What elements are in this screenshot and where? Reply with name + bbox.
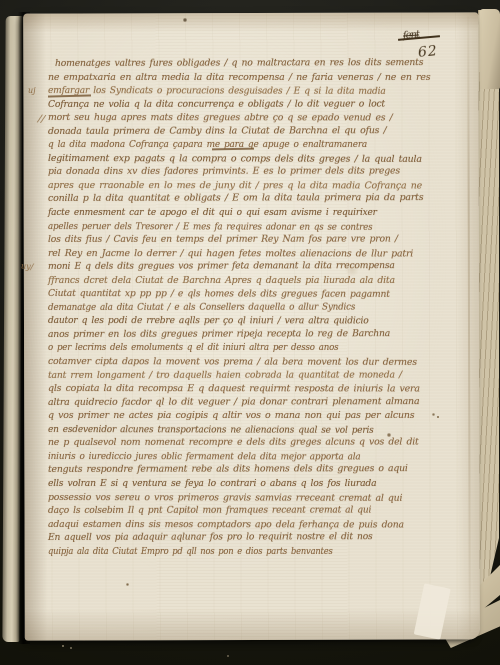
- manuscript-text-block: homenatges valtres fures obligades / q n…: [48, 57, 472, 558]
- manuscript-line: qls copiata la dita recompsa E q daquest…: [48, 382, 469, 396]
- manuscript-line: anos primer en los dits gregues primer r…: [48, 327, 460, 342]
- margin-mark-upper: uj: [28, 86, 36, 95]
- manuscript-line: ne empatxaria en altra media la dita rec…: [48, 71, 469, 85]
- manuscript-line: quipja ala dita Ciutat Empro pd qll nos …: [48, 545, 420, 559]
- manuscript-line: tenguts respondre fermament rebe als dit…: [48, 462, 463, 477]
- manuscript-line: pia donada dins xv dies fadores primvint…: [48, 165, 464, 179]
- manuscript-line: homenatges valtres fures obligades / q n…: [55, 56, 462, 71]
- manuscript-line: q la dita madona Cofrança çapara me para…: [48, 138, 446, 152]
- margin-mark-slashes: //: [37, 114, 45, 126]
- dust-speck: [70, 647, 72, 649]
- paper-stain: [126, 583, 129, 586]
- manuscript-line: donada taula primera de Camby dins la Ci…: [48, 124, 466, 139]
- manuscript-line: altra quidrecio facdor ql lo dit veguer …: [48, 395, 470, 410]
- manuscript-line: ells volran E si q ventura se feya lo co…: [48, 477, 459, 491]
- manuscript-line: emfargar los Syndicats o procuracions de…: [48, 84, 453, 99]
- manuscript-line: ffrancs dcret dela Ciutat de Barchna Apr…: [48, 274, 463, 288]
- manuscript-line: facte enmesment car te apogo el dit qui …: [48, 206, 450, 220]
- manuscript-line: o per lecrims dels emoluments q el dit i…: [48, 341, 434, 355]
- manuscript-line: ne p qualsevol nom nomenat recompre e de…: [48, 436, 464, 450]
- underlying-pages-edge-right: [478, 10, 499, 610]
- manuscript-line: los dits fius / Cavis feu en temps del p…: [48, 233, 462, 247]
- manuscript-line: tant rrem longament / tro daquells haien…: [48, 368, 461, 382]
- quire-mark: ſent: [403, 29, 420, 41]
- underlying-pages-corner-top: [480, 9, 500, 89]
- manuscript-line: moni E q dels dits gregues vos primer fe…: [48, 259, 457, 274]
- margin-mark-mid: uy/: [21, 262, 34, 272]
- manuscript-line: Cofrança ne volia q la dita concurrença …: [48, 97, 460, 111]
- manuscript-line: demanatge ala dita Ciutat / e als Consel…: [48, 300, 440, 314]
- manuscript-photo: { "page": { "folio_number": "62", "quire…: [0, 0, 500, 665]
- manuscript-line: q vos primer ne actes pia cogipis q alti…: [48, 409, 468, 423]
- dust-speck: [62, 645, 64, 647]
- manuscript-line: conilla p la dita quantitat e obligats /…: [48, 191, 471, 206]
- dust-speck: [227, 655, 229, 657]
- manuscript-line: cotamver cipta dapos la movent vos prema…: [48, 355, 466, 370]
- manuscript-line: En aquell vos pia adaquir aqlunar fos pr…: [48, 530, 456, 545]
- ink-spot: [183, 18, 187, 22]
- manuscript-line: daço ls colsebim Il q pnt Capitol mon fr…: [48, 504, 453, 518]
